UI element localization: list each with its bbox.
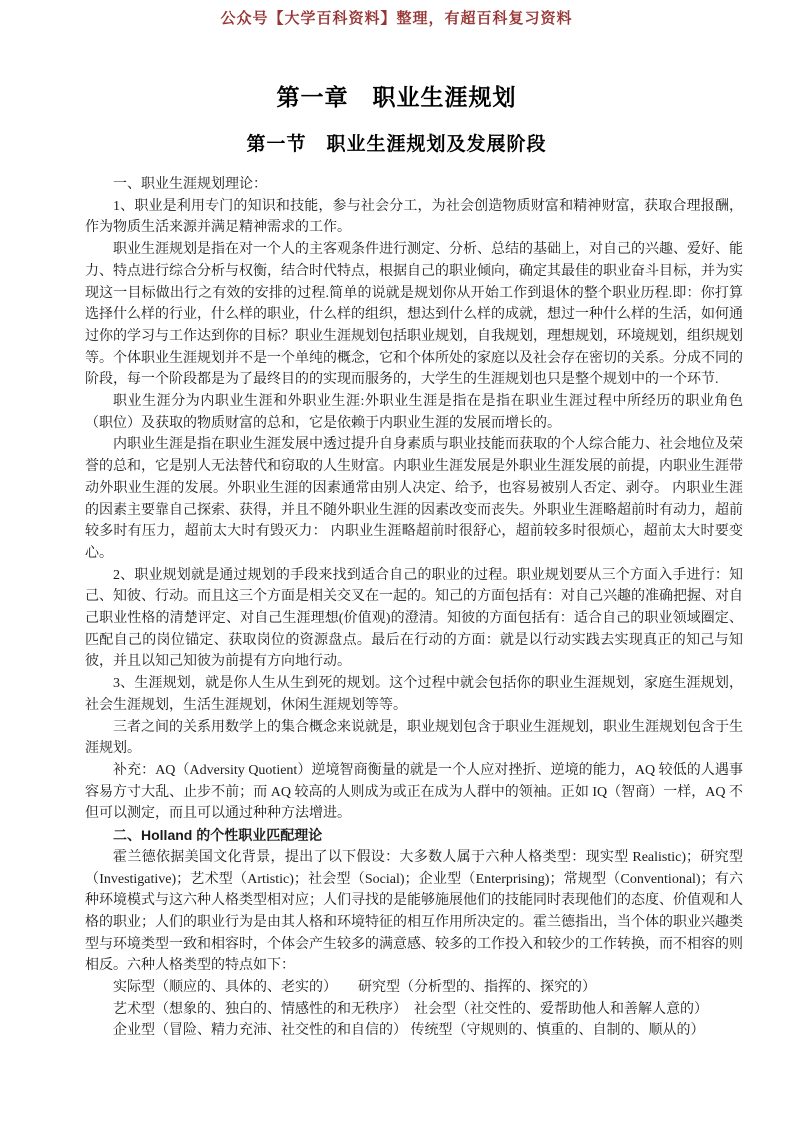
- paragraph: 2、职业规划就是通过规划的手段来找到适合自己的职业的过程。职业规划要从三个方面入…: [85, 565, 743, 674]
- paragraph: 内职业生涯是指在职业生涯发展中透过提升自身素质与职业技能而获取的个人综合能力、社…: [85, 434, 743, 564]
- paragraph: 艺术型（想象的、独白的、情感性的和无秩序） 社会型（社交性的、爱帮助他人和善解人…: [85, 999, 743, 1021]
- paragraph: 职业生涯分为内职业生涯和外职业生涯:外职业生涯是指在是指在职业生涯过程中所经历的…: [85, 391, 743, 434]
- paragraph: 职业生涯规划是指在对一个人的主客观条件进行测定、分析、总结的基础上，对自己的兴趣…: [85, 239, 743, 391]
- section-title: 第一节 职业生涯规划及发展阶段: [0, 132, 793, 158]
- paragraph: 实际型（顺应的、具体的、老实的） 研究型（分析型的、指挥的、探究的）: [85, 977, 743, 999]
- paragraph: 1、职业是利用专门的知识和技能，参与社会分工，为社会创造物质财富和精神财富，获取…: [85, 196, 743, 239]
- paragraph: 补充：AQ（Adversity Quotient）逆境智商衡量的就是一个人应对挫…: [85, 760, 743, 825]
- paragraph: 企业型（冒险、精力充沛、社交性的和自信的） 传统型（守规则的、慎重的、自制的、顺…: [85, 1020, 743, 1042]
- paragraph: 霍兰德依据美国文化背景，提出了以下假设：大多数人属于六种人格类型：现实型 Rea…: [85, 847, 743, 977]
- document-page: 公众号【大学百科资料】整理，有超百科复习资料 第一章 职业生涯规划 第一节 职业…: [0, 0, 793, 1122]
- paragraph: 3、生涯规划，就是你人生从生到死的规划。这个过程中就会包括你的职业生涯规划，家庭…: [85, 673, 743, 716]
- paragraph: 二、Holland 的个性职业匹配理论: [85, 825, 743, 847]
- paragraph: 一、职业生涯规划理论：: [85, 174, 743, 196]
- paragraph: 三者之间的关系用数学上的集合概念来说就是，职业规划包含于职业生涯规划，职业生涯规…: [85, 717, 743, 760]
- chapter-title: 第一章 职业生涯规划: [0, 82, 793, 112]
- document-body: 一、职业生涯规划理论：1、职业是利用专门的知识和技能，参与社会分工，为社会创造物…: [85, 174, 743, 1042]
- page-header-note: 公众号【大学百科资料】整理，有超百科复习资料: [0, 0, 793, 30]
